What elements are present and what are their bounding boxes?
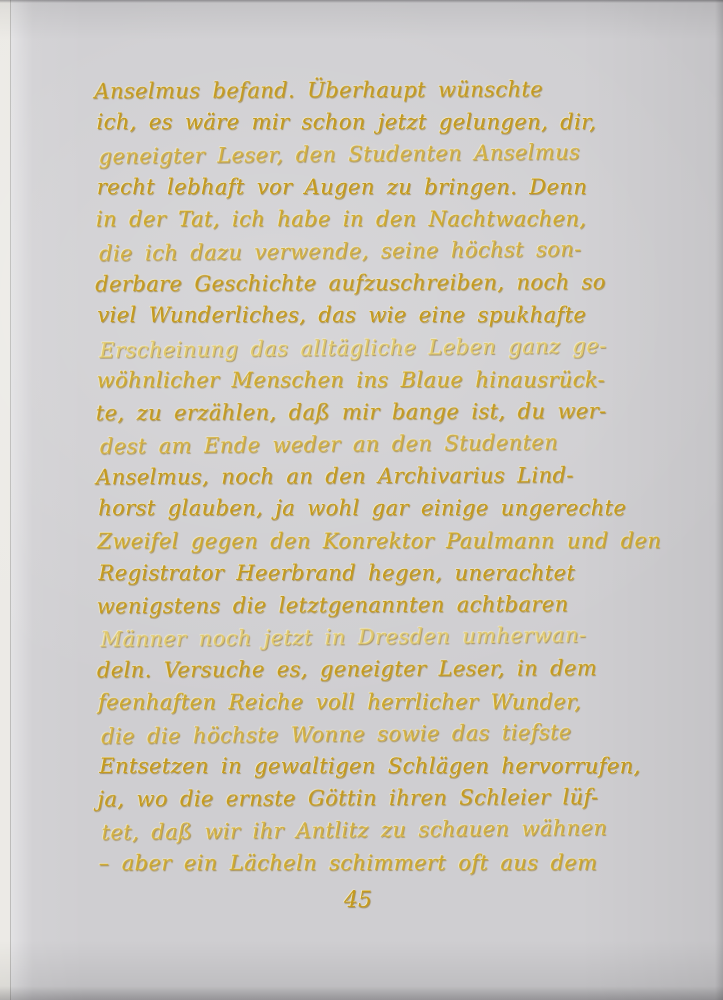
manuscript-line: feenhaften Reiche voll herrlicher Wunder… [98,685,673,718]
paper-left-edge [0,0,11,1000]
photographed-manuscript-page: Anselmus befand. Überhaupt wünschteich, … [0,0,723,1000]
manuscript-line: tet, daß wir ihr Antlitz zu schauen wähn… [101,812,676,850]
paper-left-crease [11,0,37,1000]
page-number: 45 [328,888,388,913]
manuscript-line: Registrator Heerbrand hegen, unerachtet [98,557,673,589]
manuscript-line: viel Wunderliches, das wie eine spukhaft… [97,299,672,331]
manuscript-line: te, zu erzählen, daß mir bange ist, du w… [96,395,671,430]
manuscript-line: Männer noch jetzt in Dresden umherwan- [101,618,676,656]
manuscript-line: recht lebhaft vor Augen zu bringen. Denn [97,171,672,203]
paper-top-edge [0,0,723,3]
paper-right-shadow [715,0,723,1000]
paper-bottom-shadow [0,986,723,1000]
manuscript-line: Zweifel gegen den Konrektor Paulmann und… [97,524,672,557]
handwritten-text-block: Anselmus befand. Überhaupt wünschteich, … [94,73,673,880]
manuscript-line: Entsetzen in gewaltigen Schlägen hervorr… [99,750,674,782]
manuscript-line: die die höchste Wonne sowie das tiefste [101,715,676,753]
manuscript-line: wöhnlicher Menschen ins Blaue hinausrück… [97,363,672,396]
manuscript-line: horst glauben, ja wohl gar einige ungere… [98,492,673,524]
manuscript-line: ich, es wäre mir schon jetzt gelungen, d… [96,106,671,138]
manuscript-line: in der Tat, ich habe in den Nachtwachen, [96,203,671,236]
manuscript-line: dest am Ende weder an den Studenten [100,425,675,463]
manuscript-line: Anselmus, noch an den Archivarius Lind- [96,459,671,494]
manuscript-line: geneigter Leser, den Studenten Anselmus [98,136,673,174]
manuscript-line: deln. Versuche es, geneigter Leser, in d… [97,652,672,687]
manuscript-line: Anselmus befand. Überhaupt wünschte [94,73,669,108]
manuscript-line: – aber ein Lächeln schimmert oft aus dem [99,846,674,879]
manuscript-line: Erscheinung das alltägliche Leben ganz g… [99,329,674,367]
manuscript-line: wenigstens die letztgenannten achtbaren [96,588,671,623]
manuscript-line: die ich dazu verwende, seine höchst son- [99,232,674,270]
manuscript-line: derbare Geschichte aufzuschreiben, noch … [95,266,670,301]
manuscript-line: ja, wo die ernste Göttin ihren Schleier … [97,781,672,816]
